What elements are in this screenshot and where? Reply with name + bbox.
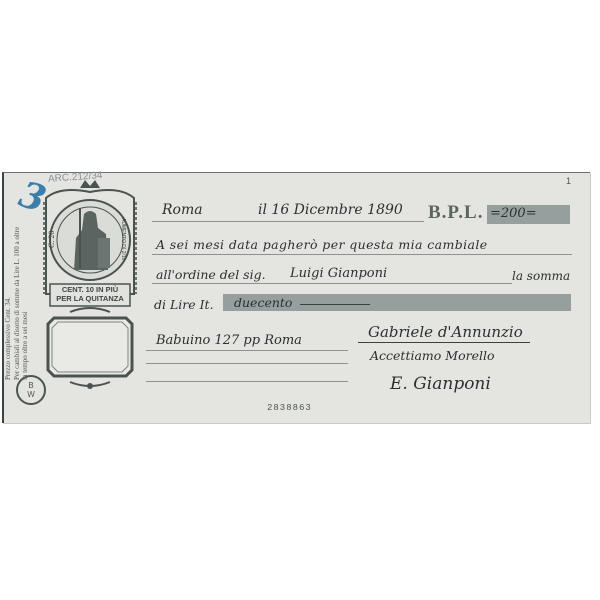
stamp-caption: CENT. 10 IN PIÙ PER LA QUITANZA (50, 285, 130, 303)
currency-label: B.P.L. (428, 202, 483, 224)
side-text-line: in tempo oltre a sei mesi (21, 180, 30, 380)
side-text-line: Prezzo complessivo Cent. 34. (4, 180, 13, 380)
signature-third: E. Gianponi (390, 374, 491, 394)
amount-figures: =200= (490, 206, 537, 221)
sum-label: la somma (512, 269, 570, 283)
address: Babuino 127 pp Roma (156, 333, 302, 348)
svg-text:AUMENTO DI 2/10: AUMENTO DI 2/10 (120, 218, 126, 261)
payment-terms: A sei mesi data pagherò per questa mia c… (156, 237, 488, 252)
signature-underline (358, 342, 530, 343)
serial-number: 2838863 (267, 403, 312, 413)
rule-line (152, 254, 572, 255)
stamp-caption-line2: PER LA QUITANZA (50, 294, 130, 303)
signature-drawer: Gabriele d'Annunzio (368, 323, 523, 341)
lire-label: di Lire It. (154, 297, 214, 312)
revenue-stamp: C. 20 AUMENTO DI 2/10 CENT. 10 IN PIÙ PE… (40, 178, 140, 413)
signature-acceptance: Accettiamo Morello (370, 348, 495, 363)
bw-seal-top: B (28, 381, 33, 390)
fill-stroke (300, 304, 370, 305)
bw-seal: B W (16, 375, 46, 405)
amount-words: duecento (234, 295, 292, 310)
rule-line (152, 283, 512, 284)
rule-line (146, 363, 348, 364)
rule-line (146, 350, 348, 351)
date: il 16 Dicembre 1890 (258, 202, 403, 218)
rule-line (146, 381, 348, 382)
side-text-line: Per cambiali al disotto di somme da Lire… (13, 180, 22, 380)
order-of-label: all'ordine del sig. (156, 267, 266, 282)
rule-line (152, 221, 424, 222)
side-print-text: Prezzo complessivo Cent. 34. Per cambial… (4, 180, 30, 380)
bw-seal-bottom: W (27, 390, 35, 399)
stamp-caption-line1: CENT. 10 IN PIÙ (50, 285, 130, 294)
payee-name: Luigi Gianponi (290, 266, 387, 281)
place: Roma (162, 202, 203, 218)
svg-text:C. 20: C. 20 (47, 231, 56, 248)
page-number: 1 (566, 176, 571, 186)
